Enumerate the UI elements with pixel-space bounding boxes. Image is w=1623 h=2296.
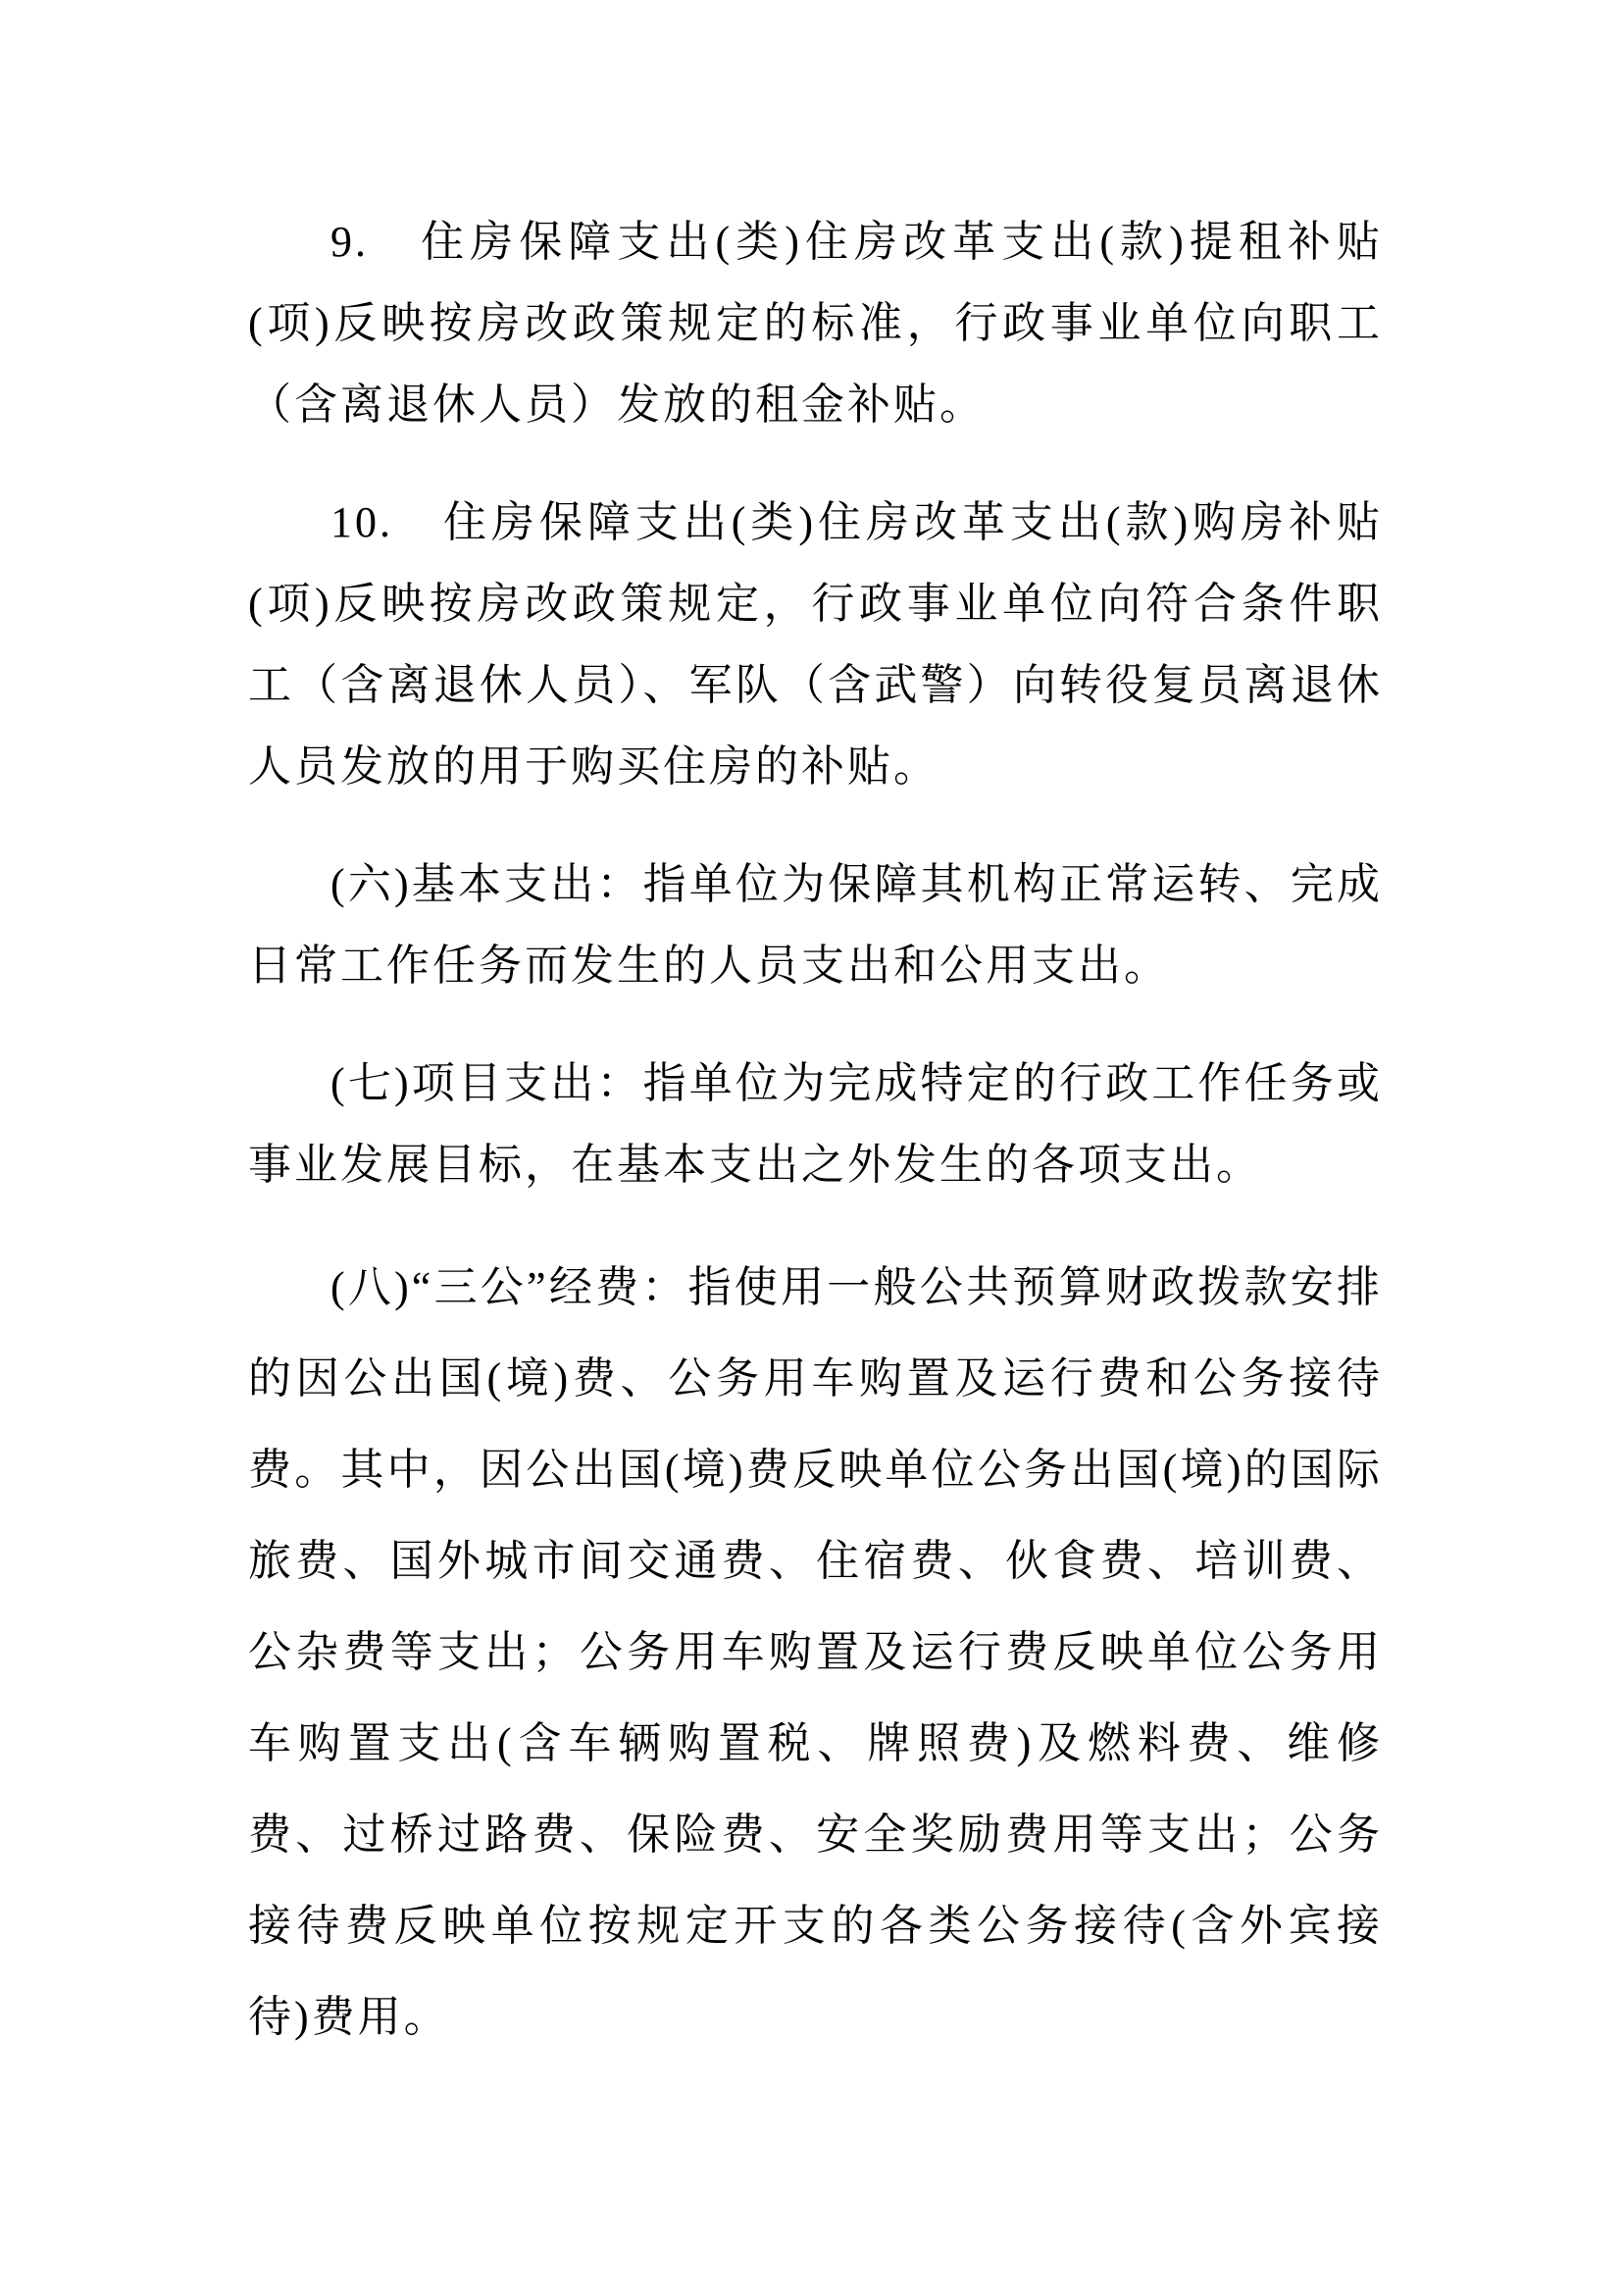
document-page: 9. 住房保障支出(类)住房改革支出(款)提租补贴(项)反映按房改政策规定的标准… xyxy=(0,0,1623,2296)
paragraph-housing-rent-subsidy-9: 9. 住房保障支出(类)住房改革支出(款)提租补贴(项)反映按房改政策规定的标准… xyxy=(248,201,1383,445)
paragraph-project-expenditure-7: (七)项目支出：指单位为完成特定的行政工作任务或事业发展目标，在基本支出之外发生… xyxy=(248,1043,1383,1205)
paragraph-three-public-funds-8: (八)“三公”经费：指使用一般公共预算财政拨款安排的因公出国(境)费、公务用车购… xyxy=(248,1242,1383,2063)
paragraph-housing-purchase-subsidy-10: 10. 住房保障支出(类)住房改革支出(款)购房补贴(项)反映按房改政策规定，行… xyxy=(248,482,1383,807)
paragraph-basic-expenditure-6: (六)基本支出：指单位为保障其机构正常运转、完成日常工作任务而发生的人员支出和公… xyxy=(248,843,1383,1006)
